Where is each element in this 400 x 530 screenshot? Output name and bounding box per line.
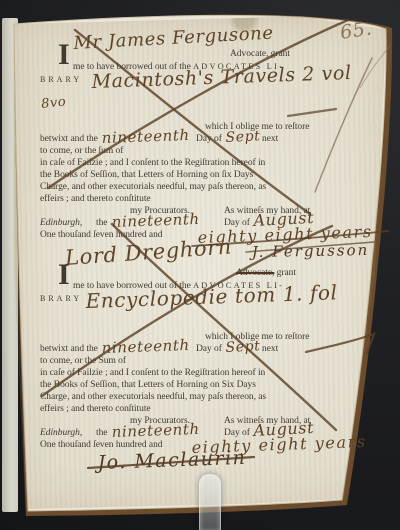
form1-brary: brary [40,76,82,85]
form2-sum-line: to come, or the Sum of [40,356,126,366]
form1-return-month: Sept [225,128,261,146]
form1-effeirs-line: effeirs ; and thereto conſtitute [40,194,151,204]
form2-advocate-struck: Advocate, [236,268,274,278]
form2-the-word: the [96,428,107,438]
form1-betwixt: betwixt and the [40,134,98,144]
form1-date-day: nineteenth [111,210,200,231]
page-holder-clip [199,474,221,530]
form1-charge-line: Charge, and other executorials needful, … [40,182,266,192]
form2-grant-word: grant [277,268,296,278]
form2-advocate-line: Advocate, grant [236,268,296,278]
form2-edinburgh: Edinburgh, [40,428,82,438]
form1-books-line: the Books of Seſſion, that Letters of Ho… [40,170,253,180]
form2-dropcap-I: I [58,260,70,290]
form2-date-day: nineteenth [111,420,200,441]
form1-sum-line: to come, or the ſum of [40,146,123,156]
form1-edinburgh: Edinburgh, [40,218,82,228]
form2-betwixt: betwixt and the [40,344,98,354]
form2-brary: brary [40,295,82,304]
form1-signature: J. Fergusson [252,241,370,261]
form2-signature: Jo. Maclaurin [97,447,246,474]
form1-return-day: nineteenth [101,126,190,147]
form2-failzie-line: in caſe of Failzie ; and I conſent to th… [40,368,265,378]
page-content: 65. Mr James Fergusone I Advocate, grant… [0,0,400,530]
form1-format-note: 8vo [40,94,67,112]
form2-books-line: the Books of Seſſion, that Letters of Ho… [40,380,256,390]
form1-year-line: One thouſand ſeven hundred and [40,230,163,240]
form2-return-month: Sept [225,338,261,356]
form2-effeirs-line: effeirs ; and thereto conſtitute [40,404,151,414]
form2-charge-line: Charge, and other executorials needful, … [40,392,266,402]
form2-year-line: One thouſand ſeven hundred and [40,440,163,450]
form1-failzie-line: in caſe of Failzie ; and I conſent to th… [40,158,265,168]
form2-next-word: next [262,344,278,354]
page-number: 65. [339,17,374,44]
form1-dropcap-I: I [58,40,70,70]
form1-the-word: the [96,218,107,228]
form2-return-day: nineteenth [101,336,190,357]
photograph-of-library-receipt-book: { "page": { "number": "65." }, "colors":… [0,0,400,530]
form2-day-of: Day of [196,344,222,354]
form1-advocate-grant: Advocate, grant [230,49,290,59]
form1-next-word: next [262,134,278,144]
form1-day-of: Day of [196,134,222,144]
